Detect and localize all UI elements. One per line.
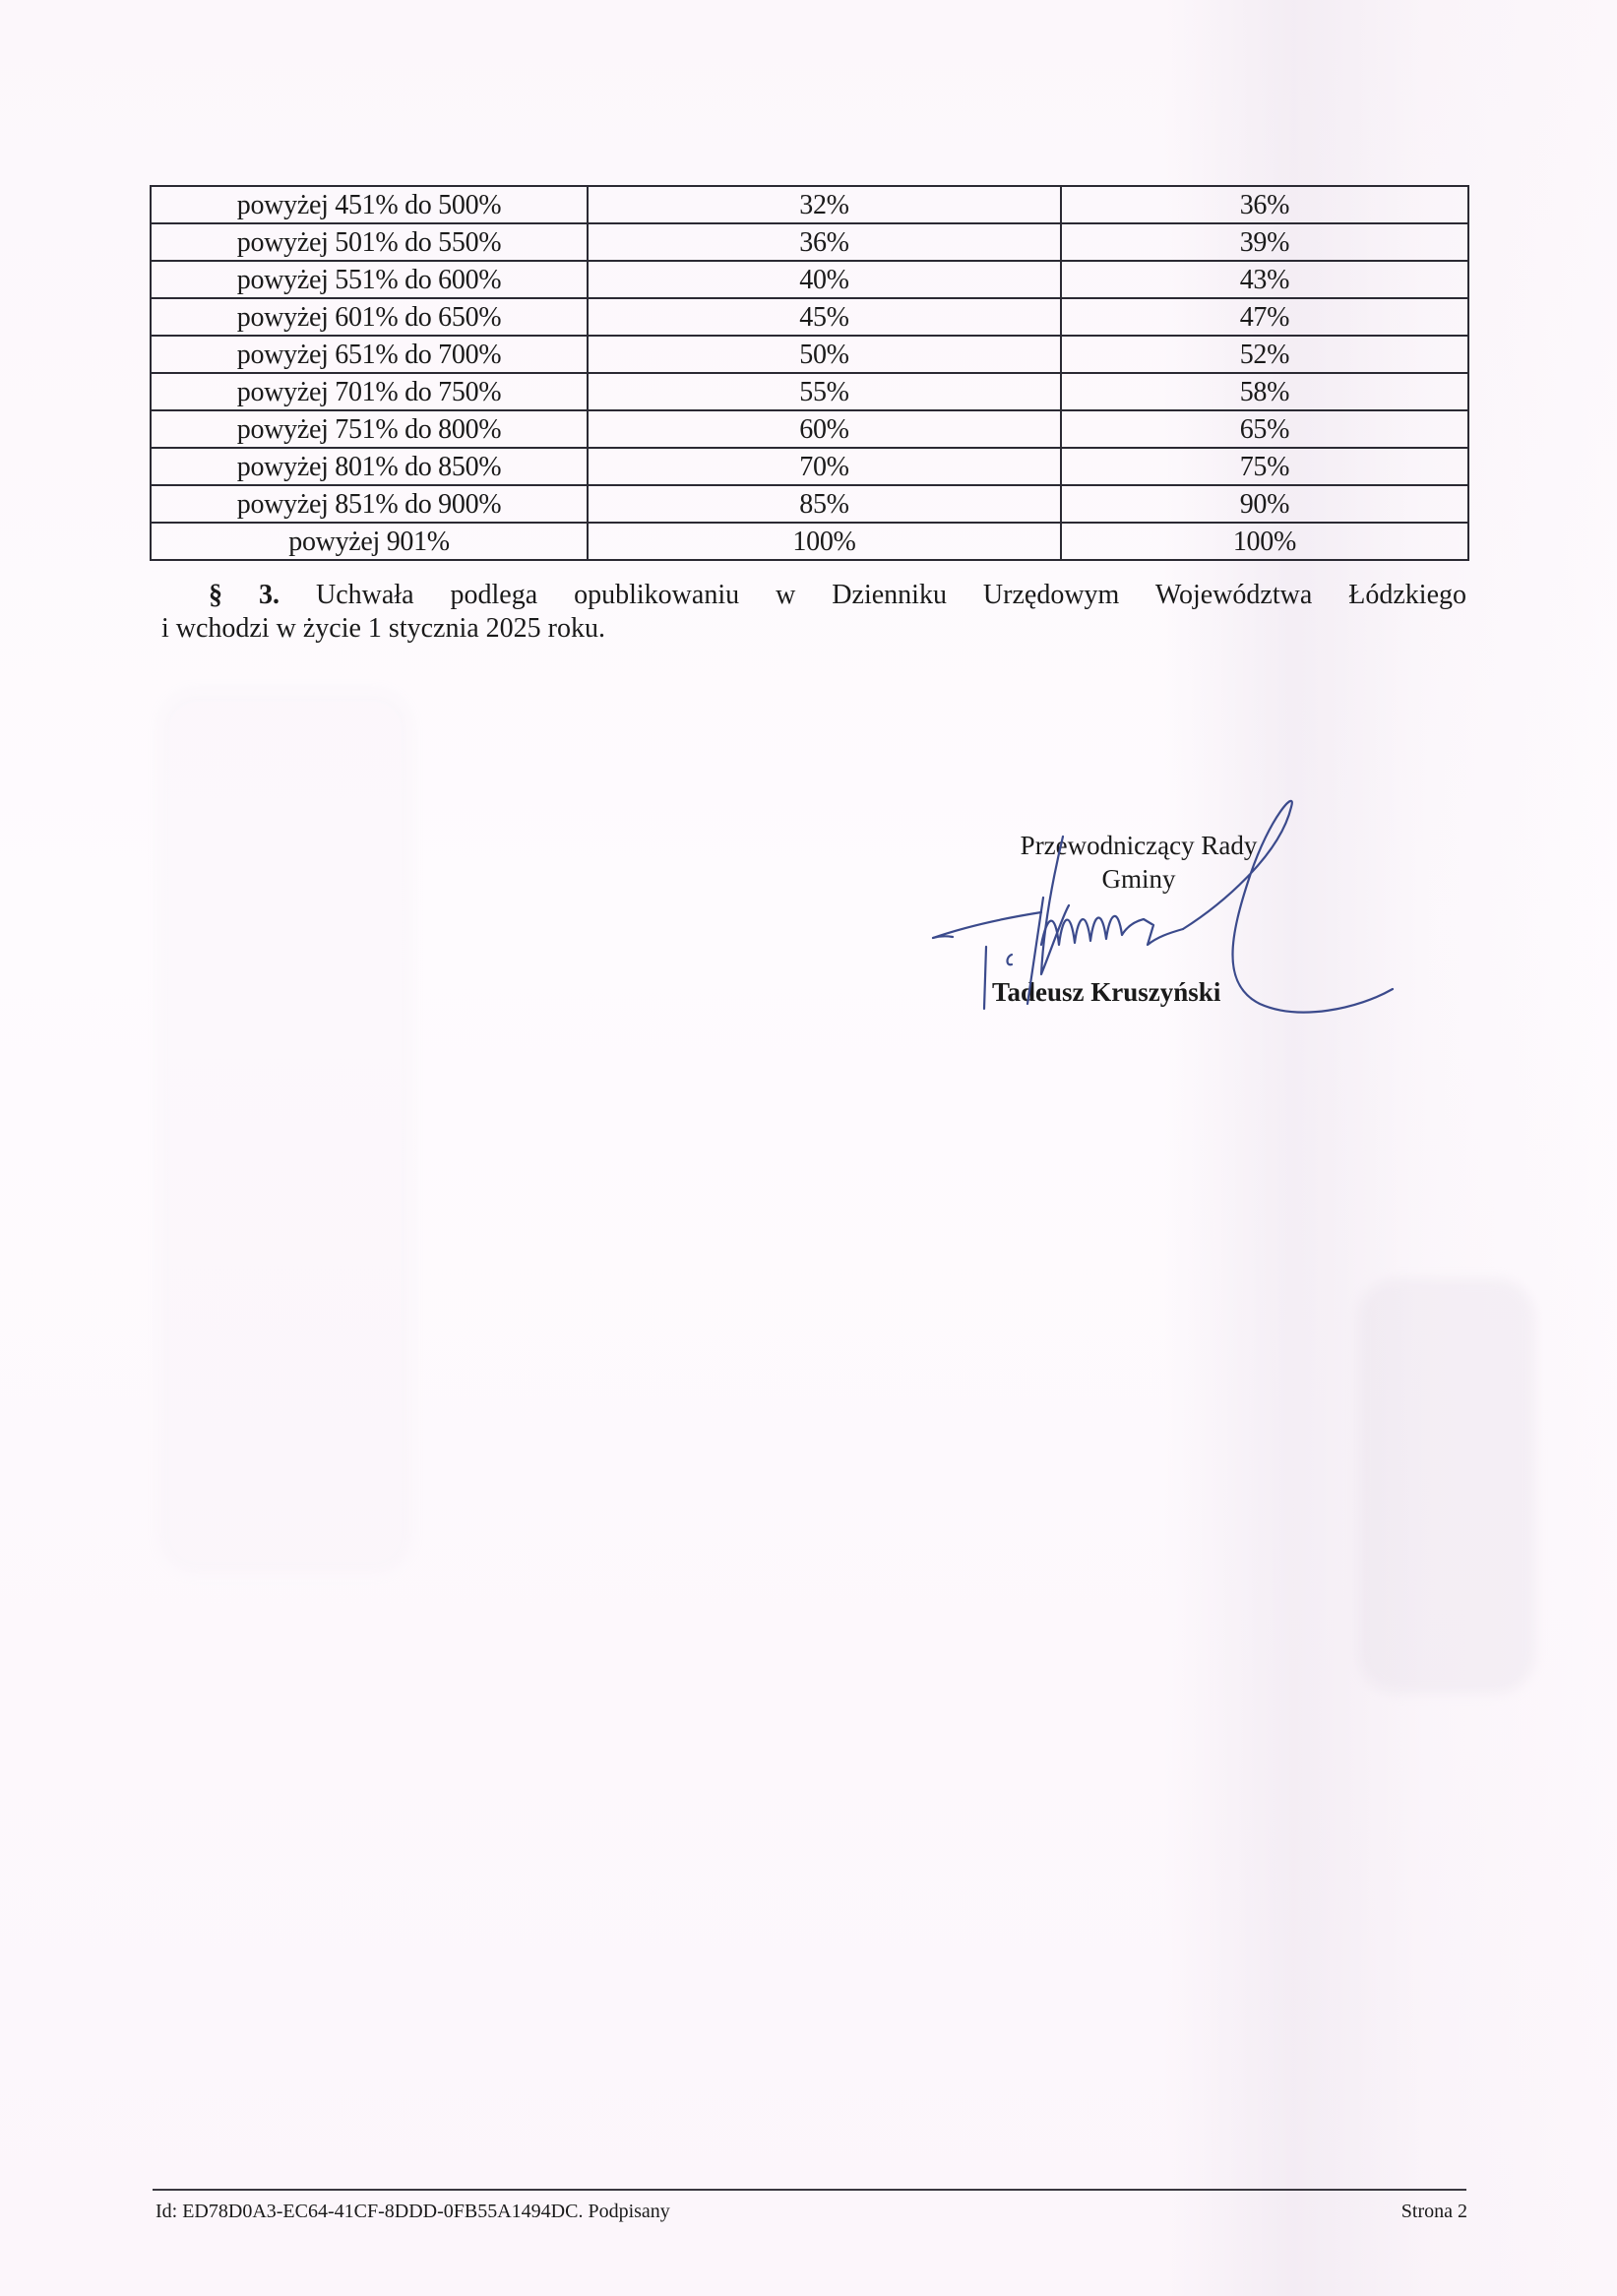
page-number: Strona 2 xyxy=(1401,2201,1467,2223)
rate-cell: 36% xyxy=(1061,186,1468,223)
table-row: powyżej 501% do 550%36%39% xyxy=(151,223,1468,261)
income-range-cell: powyżej 701% do 750% xyxy=(151,373,588,410)
income-range-cell: powyżej 451% do 500% xyxy=(151,186,588,223)
rate-cell: 90% xyxy=(1061,485,1468,523)
rate-cell: 50% xyxy=(588,336,1061,373)
rate-cell: 100% xyxy=(1061,523,1468,560)
income-range-cell: powyżej 651% do 700% xyxy=(151,336,588,373)
document-id: Id: ED78D0A3-EC64-41CF-8DDD-0FB55A1494DC… xyxy=(155,2201,670,2223)
income-range-cell: powyżej 751% do 800% xyxy=(151,410,588,448)
rate-cell: 36% xyxy=(588,223,1061,261)
income-range-cell: powyżej 851% do 900% xyxy=(151,485,588,523)
show-through-mark xyxy=(1358,1279,1535,1693)
table-row: powyżej 551% do 600%40%43% xyxy=(151,261,1468,298)
rate-cell: 100% xyxy=(588,523,1061,560)
rate-cell: 52% xyxy=(1061,336,1468,373)
rate-cell: 58% xyxy=(1061,373,1468,410)
rate-cell: 85% xyxy=(588,485,1061,523)
show-through-mark xyxy=(157,689,413,1575)
table-row: powyżej 901%100%100% xyxy=(151,523,1468,560)
table-row: powyżej 651% do 700%50%52% xyxy=(151,336,1468,373)
rate-cell: 45% xyxy=(588,298,1061,336)
table-row: powyżej 601% do 650%45%47% xyxy=(151,298,1468,336)
rate-cell: 60% xyxy=(588,410,1061,448)
income-range-cell: powyżej 601% do 650% xyxy=(151,298,588,336)
paragraph-line-1: Uchwała podlega opublikowaniu w Dziennik… xyxy=(316,580,1466,610)
income-range-cell: powyżej 901% xyxy=(151,523,588,560)
table-row: powyżej 851% do 900%85%90% xyxy=(151,485,1468,523)
rate-cell: 47% xyxy=(1061,298,1468,336)
income-range-cell: powyżej 501% do 550% xyxy=(151,223,588,261)
rate-cell: 39% xyxy=(1061,223,1468,261)
rate-table: powyżej 451% do 500%32%36%powyżej 501% d… xyxy=(150,185,1469,561)
footer-divider xyxy=(153,2189,1466,2191)
section-3-paragraph: § 3. Uchwała podlega opublikowaniu w Dzi… xyxy=(165,579,1466,646)
rate-cell: 43% xyxy=(1061,261,1468,298)
table-row: powyżej 701% do 750%55%58% xyxy=(151,373,1468,410)
section-mark: § 3. xyxy=(209,580,280,610)
rate-cell: 32% xyxy=(588,186,1061,223)
rate-cell: 75% xyxy=(1061,448,1468,485)
handwritten-signature-icon xyxy=(925,797,1398,1024)
income-range-cell: powyżej 801% do 850% xyxy=(151,448,588,485)
paragraph-line-2: i wchodzi w życie 1 stycznia 2025 roku. xyxy=(161,612,1466,646)
rate-cell: 40% xyxy=(588,261,1061,298)
rate-cell: 65% xyxy=(1061,410,1468,448)
table-row: powyżej 801% do 850%70%75% xyxy=(151,448,1468,485)
rate-cell: 70% xyxy=(588,448,1061,485)
rate-cell: 55% xyxy=(588,373,1061,410)
table-row: powyżej 451% do 500%32%36% xyxy=(151,186,1468,223)
table-row: powyżej 751% do 800%60%65% xyxy=(151,410,1468,448)
income-range-cell: powyżej 551% do 600% xyxy=(151,261,588,298)
